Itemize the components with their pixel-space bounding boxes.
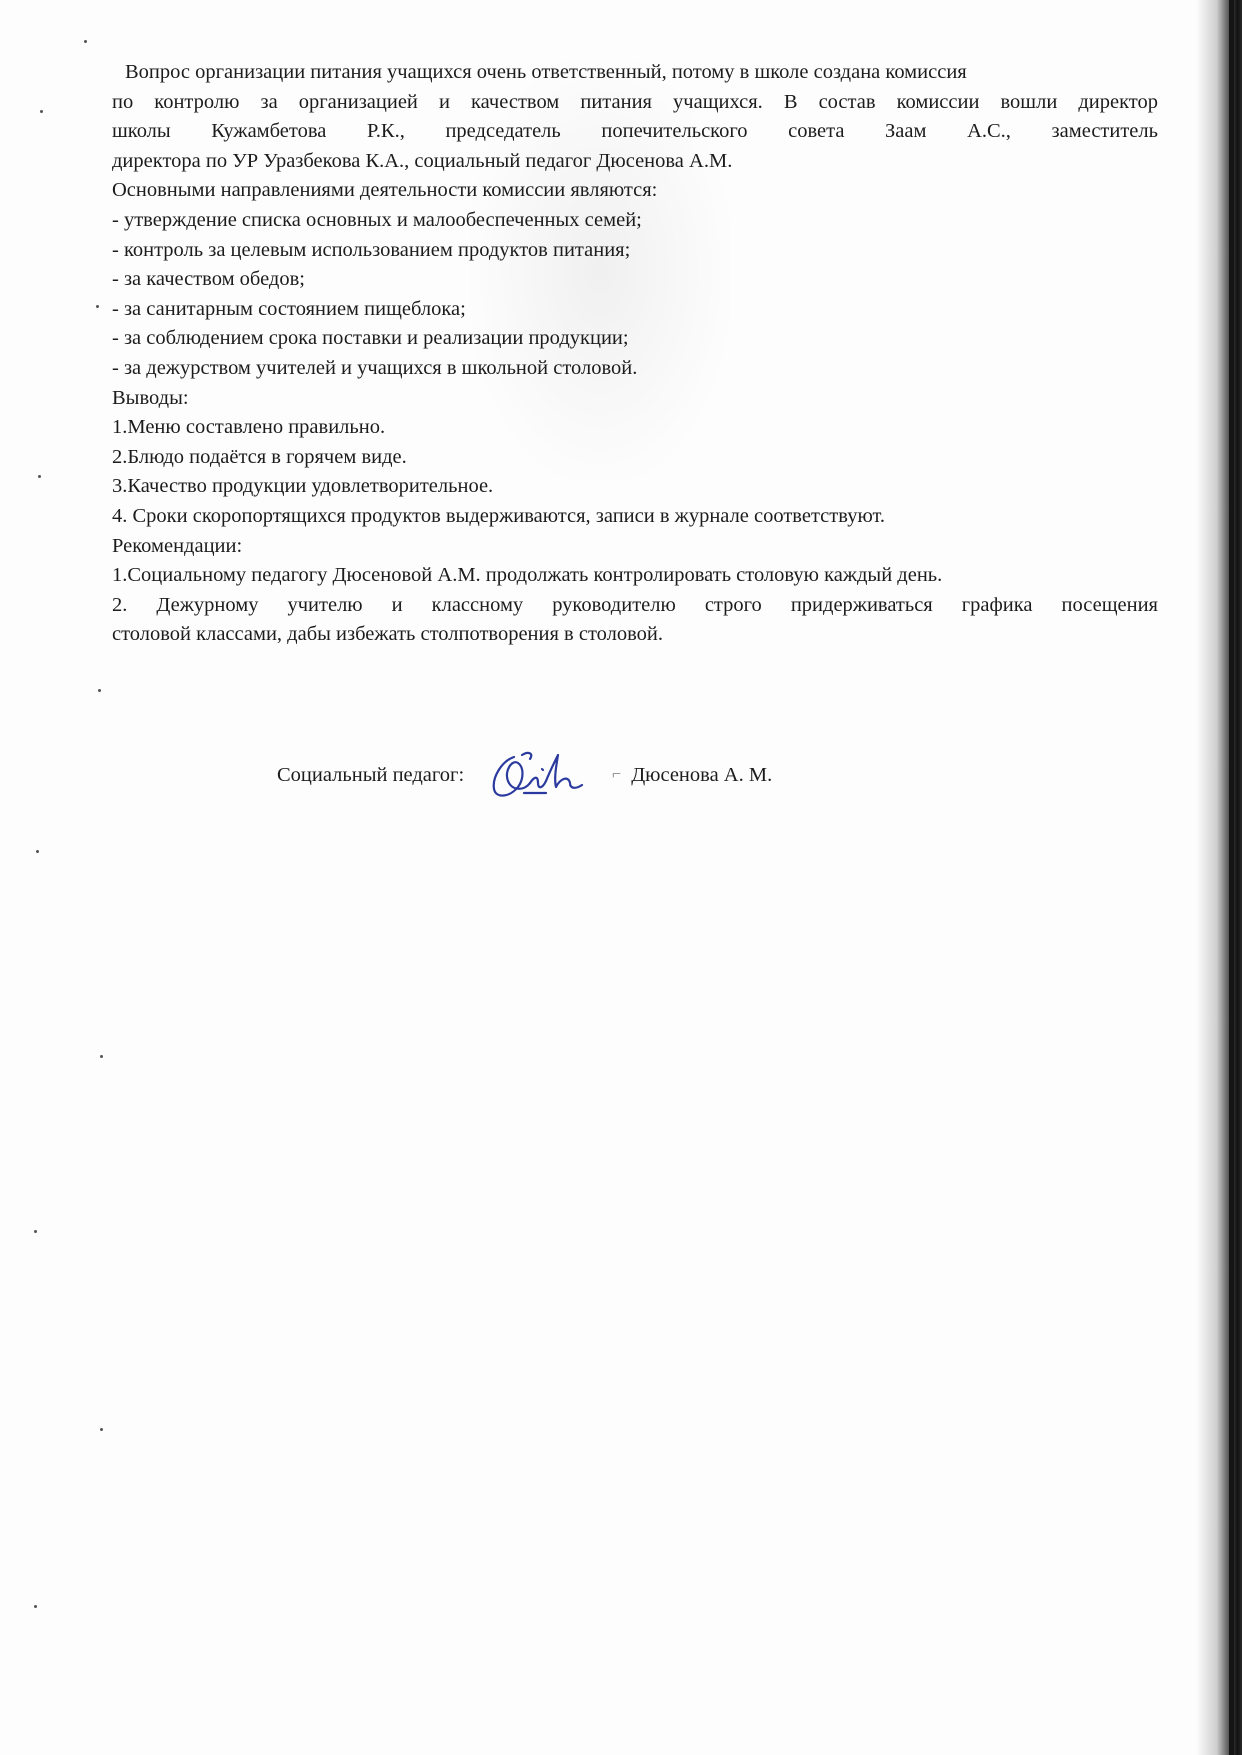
scan-speck <box>34 1230 37 1233</box>
scan-speck <box>100 1428 103 1431</box>
scan-edge-line <box>1229 0 1234 1755</box>
scanned-document-page: Вопрос организации питания учащихся очен… <box>0 0 1242 1755</box>
direction-item: - за качеством обедов; <box>112 265 1158 295</box>
intro-line: Вопрос организации питания учащихся очен… <box>98 58 1158 88</box>
scan-speck <box>84 40 87 43</box>
signature-name: Дюсенова А. М. <box>631 764 772 787</box>
recommendation-item: столовой классами, дабы избежать столпот… <box>112 620 1158 650</box>
scan-edge-shadow <box>1196 0 1242 1755</box>
direction-item: - за дежурством учителей и учащихся в шк… <box>112 354 1158 384</box>
scan-speck <box>98 689 101 692</box>
conclusion-item: 1.Меню составлено правильно. <box>112 413 1158 443</box>
scan-speck <box>40 110 43 113</box>
conclusion-item: 3.Качество продукции удовлетворительное. <box>112 472 1158 502</box>
signature-role: Социальный педагог: <box>277 764 464 787</box>
conclusion-item: 2.Блюдо подаётся в горячем виде. <box>112 443 1158 473</box>
recommendation-item: 2. Дежурному учителю и классному руковод… <box>112 591 1158 621</box>
conclusion-item: 4. Сроки скоропортящихся продуктов выдер… <box>112 502 1158 532</box>
scan-speck <box>34 1605 37 1608</box>
signature-block: Социальный педагог: ⌐ Дюсенова А. М. <box>277 747 772 803</box>
handwritten-signature-icon <box>484 747 602 803</box>
directions-heading: Основными направлениями деятельности ком… <box>112 176 1158 206</box>
direction-item: - за соблюдением срока поставки и реализ… <box>112 324 1158 354</box>
direction-item: - контроль за целевым использованием про… <box>112 236 1158 266</box>
direction-item: - за санитарным состоянием пищеблока; <box>112 295 1158 325</box>
scan-speck <box>38 475 41 478</box>
recommendations-heading: Рекомендации: <box>112 532 1158 562</box>
document-body: Вопрос организации питания учащихся очен… <box>112 58 1158 650</box>
signature-mark: ⌐ <box>612 766 621 784</box>
intro-line: директора по УР Уразбекова К.А., социаль… <box>112 147 1158 177</box>
scan-speck <box>96 305 99 308</box>
recommendation-item: 1.Социальному педагогу Дюсеновой А.М. пр… <box>112 561 1158 591</box>
intro-line: школы Кужамбетова Р.К., председатель поп… <box>112 117 1158 147</box>
conclusions-heading: Выводы: <box>112 384 1158 414</box>
scan-speck <box>100 1055 103 1058</box>
scan-speck <box>36 850 39 853</box>
direction-item: - утверждение списка основных и малообес… <box>112 206 1158 236</box>
intro-line: по контролю за организацией и качеством … <box>112 88 1158 118</box>
